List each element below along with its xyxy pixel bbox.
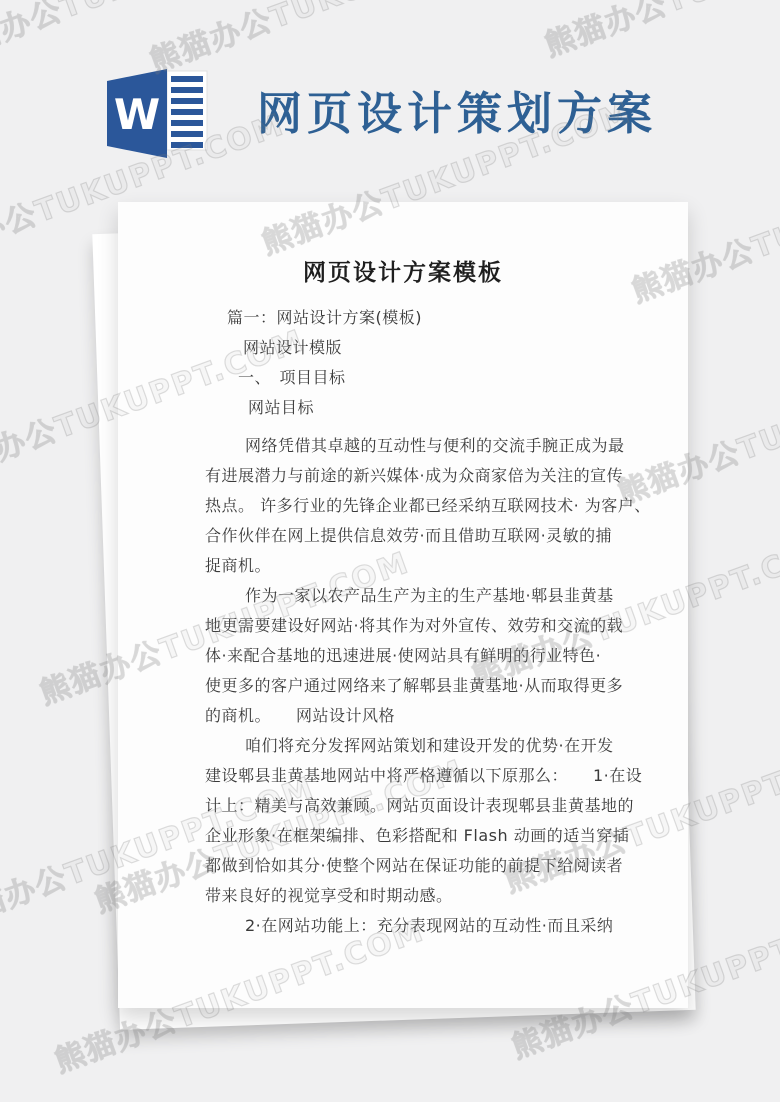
header: W 网页设计策划方案 bbox=[95, 66, 657, 162]
header-title: 网页设计策划方案 bbox=[257, 89, 657, 139]
paragraph-line: 有进展潜力与前途的新兴媒体·成为众商家倍为关注的宣传 bbox=[205, 461, 618, 491]
paragraph-line: 建设郫县韭黄基地网站中将严格遵循以下原那么： 1·在设 bbox=[205, 761, 618, 791]
paragraph-line: 捉商机。 bbox=[205, 551, 618, 581]
paragraph-line: 的商机。 网站设计风格 bbox=[205, 701, 618, 731]
paragraph-line: 热点。 许多行业的先锋企业都已经采纳互联网技术· 为客户、 bbox=[205, 491, 618, 521]
paragraph-line: 使更多的客户通过网络来了解郫县韭黄基地·从而取得更多 bbox=[205, 671, 618, 701]
document-title: 网页设计方案模板 bbox=[118, 254, 688, 287]
heading-line: 网站设计模版 bbox=[205, 333, 618, 363]
paragraph-line: 计上：精美与高效兼顾。网站页面设计表现郫县韭黄基地的 bbox=[205, 791, 618, 821]
paragraph-line: 地更需要建设好网站·将其作为对外宣传、效劳和交流的载 bbox=[205, 611, 618, 641]
paragraph-line: 都做到恰如其分·使整个网站在保证功能的前提下给阅读者 bbox=[205, 851, 618, 881]
paragraph-line: 体·来配合基地的迅速进展·使网站具有鲜明的行业特色· bbox=[205, 641, 618, 671]
paragraph-line: 2·在网站功能上：充分表现网站的互动性·而且采纳 bbox=[205, 911, 618, 941]
paragraph-line: 咱们将充分发挥网站策划和建设开发的优势·在开发 bbox=[205, 731, 618, 761]
heading-line: 网站目标 bbox=[205, 393, 618, 423]
heading-line: 一、 项目目标 bbox=[205, 363, 618, 393]
paragraph-line: 合作伙伴在网上提供信息效劳·而且借助互联网·灵敏的捕 bbox=[205, 521, 618, 551]
paragraph-line: 带来良好的视觉享受和时期动感。 bbox=[205, 881, 618, 911]
paragraph-line: 作为一家以农产品生产为主的生产基地·郫县韭黄基 bbox=[205, 581, 618, 611]
document-headings: 篇一：网站设计方案(模板)网站设计模版一、 项目目标网站目标 bbox=[205, 303, 618, 423]
watermark-text: 熊猫办公TUKUPPT.COM bbox=[537, 0, 780, 65]
word-icon: W bbox=[95, 66, 217, 162]
word-icon-letter: W bbox=[114, 90, 160, 139]
paragraph-line: 网络凭借其卓越的互动性与便利的交流手腕正成为最 bbox=[205, 431, 618, 461]
heading-line: 篇一：网站设计方案(模板) bbox=[205, 303, 618, 333]
document-body: 篇一：网站设计方案(模板)网站设计模版一、 项目目标网站目标 网络凭借其卓越的互… bbox=[118, 303, 688, 941]
paragraph-line: 企业形象·在框架编排、色彩搭配和 Flash 动画的适当穿插 bbox=[205, 821, 618, 851]
document-page: 网页设计方案模板 篇一：网站设计方案(模板)网站设计模版一、 项目目标网站目标 … bbox=[118, 202, 688, 1008]
watermark-text: 熊猫办公TUKUPPT.COM bbox=[0, 0, 315, 71]
preview-canvas: W 网页设计策划方案 网页设计方案模板 篇一：网站设计方案(模板)网站设计模版一… bbox=[0, 0, 780, 1102]
document-paragraphs: 网络凭借其卓越的互动性与便利的交流手腕正成为最有进展潜力与前途的新兴媒体·成为众… bbox=[205, 431, 618, 941]
